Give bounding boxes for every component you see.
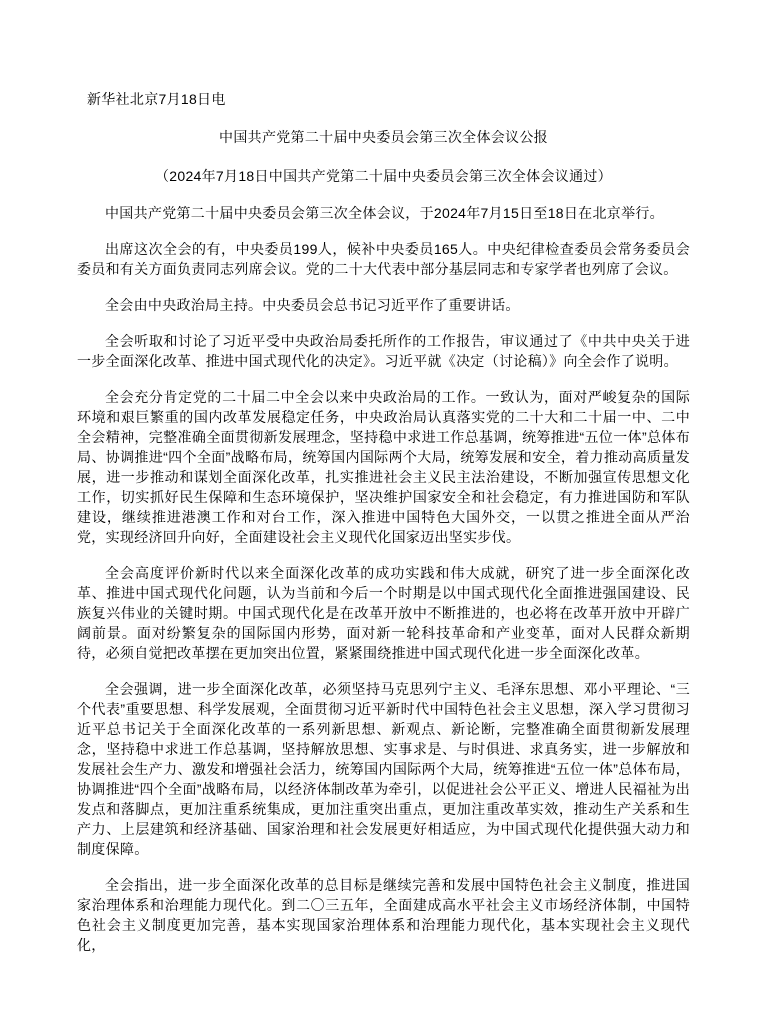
paragraph: 全会充分肯定党的二十届二中全会以来中央政治局的工作。一致认为，面对严峻复杂的国际… <box>77 387 690 547</box>
paragraph: 出席这次全会的有，中央委员199人，候补中央委员165人。中央纪律检查委员会常务… <box>77 239 690 279</box>
paragraph: 全会听取和讨论了习近平受中央政治局委托所作的工作报告，审议通过了《中共中央关于进… <box>77 331 690 371</box>
paragraph: 全会由中央政治局主持。中央委员会总书记习近平作了重要讲话。 <box>77 295 690 315</box>
document-subtitle: （2024年7月18日中国共产党第二十届中央委员会第三次全体会议通过） <box>77 166 690 186</box>
paragraph: 中国共产党第二十届中央委员会第三次全体会议，于2024年7月15日至18日在北京… <box>77 203 690 223</box>
paragraph: 全会强调，进一步全面深化改革，必须坚持马克思列宁主义、毛泽东思想、邓小平理论、“… <box>77 679 690 859</box>
document-title: 中国共产党第二十届中央委员会第三次全体会议公报 <box>77 127 690 147</box>
dateline: 新华社北京7月18日电 <box>77 89 690 109</box>
paragraph: 全会高度评价新时代以来全面深化改革的成功实践和伟大成就，研究了进一步全面深化改革… <box>77 563 690 663</box>
document-page: 新华社北京7月18日电 中国共产党第二十届中央委员会第三次全体会议公报 （202… <box>0 0 768 1024</box>
paragraph: 全会指出，进一步全面深化改革的总目标是继续完善和发展中国特色社会主义制度，推进国… <box>77 875 690 955</box>
